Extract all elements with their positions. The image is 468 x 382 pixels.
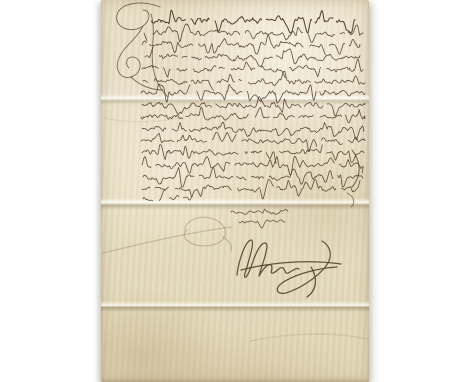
closing-subscription-lines (231, 209, 288, 228)
ink-stroke (143, 167, 363, 187)
ink-stroke (143, 71, 365, 90)
ink-stroke (239, 220, 285, 228)
ink-stroke (151, 10, 355, 33)
ink-stroke (142, 156, 363, 175)
handwriting-layer (0, 0, 468, 382)
ink-stroke (117, 3, 160, 30)
ink-stroke (104, 118, 178, 122)
ink-stroke (277, 241, 337, 293)
signature (237, 240, 341, 297)
ink-stroke (144, 24, 363, 43)
ink-stroke (142, 145, 364, 164)
ink-stroke (347, 193, 354, 207)
ink-stroke (141, 132, 365, 151)
ink-stroke (142, 179, 360, 199)
ink-stroke (142, 122, 364, 140)
ink-stroke (250, 334, 368, 341)
calligraphic-flourish (117, 3, 168, 97)
ink-stroke (223, 237, 232, 251)
ink-stroke (141, 84, 365, 103)
ink-stroke (145, 48, 360, 67)
ink-stroke (231, 209, 288, 214)
ink-stroke (117, 26, 143, 78)
ink-stroke (142, 97, 365, 116)
ink-stroke (143, 190, 191, 201)
ink-stroke (141, 107, 365, 123)
photograph (0, 0, 468, 382)
ink-stroke (352, 150, 359, 187)
ink-stroke (237, 240, 299, 277)
ink-stroke (142, 35, 360, 55)
body-handwriting-lines (141, 10, 365, 201)
ink-stroke (142, 59, 363, 78)
ink-stroke (103, 227, 232, 253)
